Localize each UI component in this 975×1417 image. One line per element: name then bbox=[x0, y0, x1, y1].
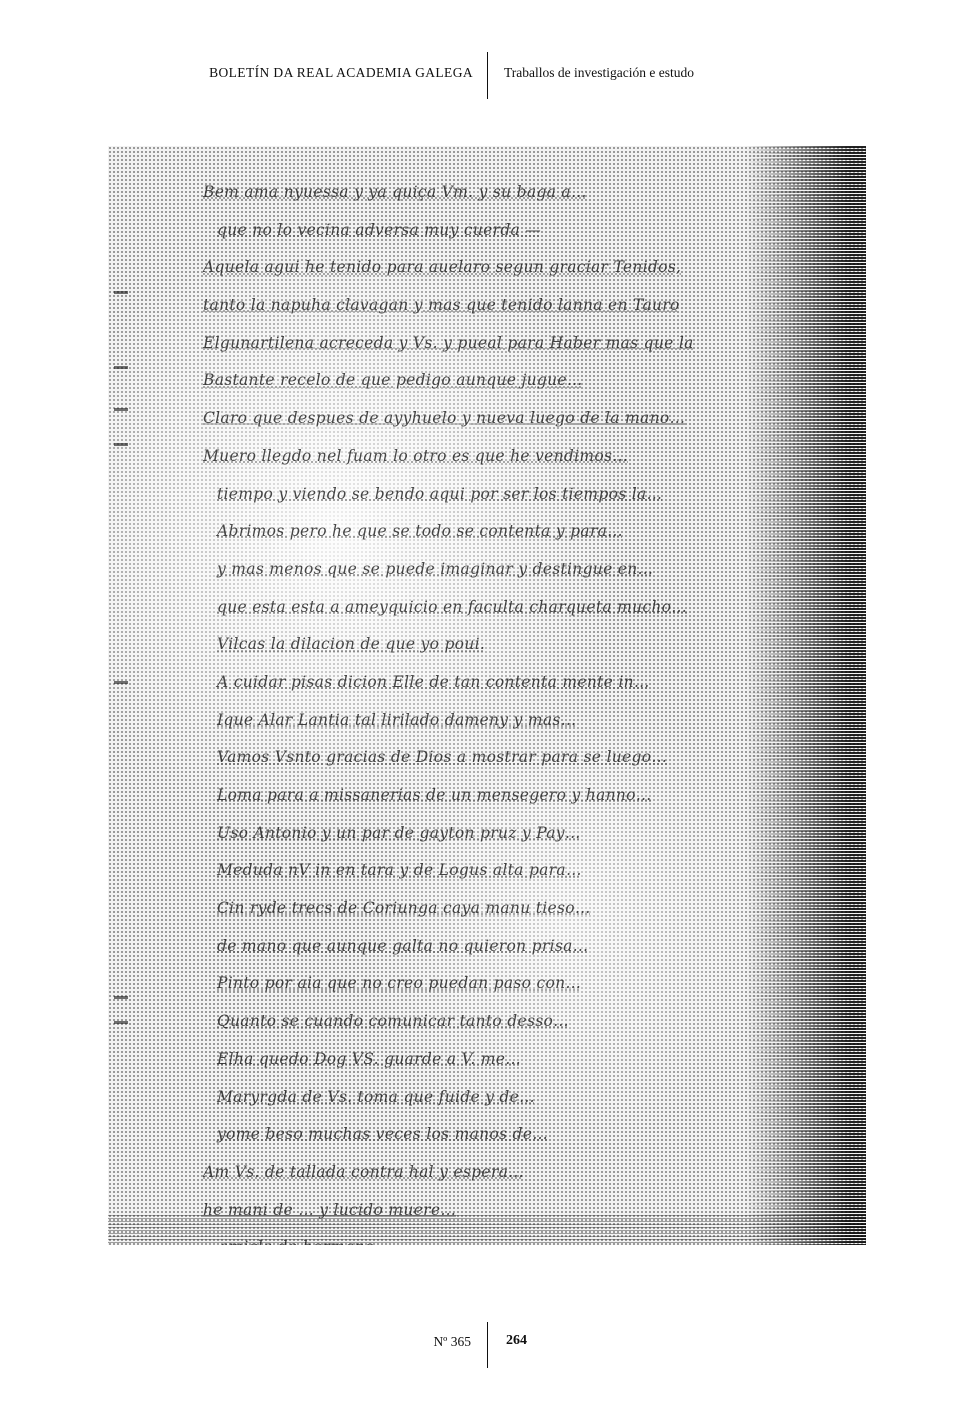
manuscript-line: A cuidar pisas dicion Elle de tan conten… bbox=[203, 664, 846, 702]
running-footer: Nº 365 264 bbox=[0, 1322, 975, 1368]
manuscript-scan-image: Bem ama nyuessa y ya quiça Vm. y su baga… bbox=[108, 146, 866, 1245]
manuscript-line: yome beso muchas veces los manos de… bbox=[203, 1116, 846, 1154]
margin-mark bbox=[114, 443, 128, 446]
running-header: BOLETÍN DA REAL ACADEMIA GALEGA Traballo… bbox=[0, 52, 975, 100]
manuscript-text: Bem ama nyuessa y ya quiça Vm. y su baga… bbox=[203, 174, 846, 1245]
manuscript-line: Cin ryde trecs de Coriunga caya manu tie… bbox=[203, 890, 846, 928]
manuscript-line: Aquela agui he tenido para auelaro segun… bbox=[203, 249, 846, 287]
manuscript-line: que no lo vecina adversa muy cuerda — bbox=[203, 212, 846, 250]
manuscript-line: Muero llegdo nel fuam lo otro es que he … bbox=[203, 438, 846, 476]
manuscript-line: Vilcas la dilacion de que yo poui. bbox=[203, 626, 846, 664]
manuscript-line: Uso Antonio y un par de gayton pruz y Pa… bbox=[203, 815, 846, 853]
page-number: 264 bbox=[506, 1333, 527, 1349]
manuscript-line: Maryrgda de Vs. toma que fuide y de… bbox=[203, 1079, 846, 1117]
manuscript-line: tiempo y viendo se bendo aqui por ser lo… bbox=[203, 476, 846, 514]
margin-mark bbox=[114, 366, 128, 369]
manuscript-line: Meduda nV in en tara y de Logus alta par… bbox=[203, 852, 846, 890]
header-divider bbox=[487, 52, 488, 99]
journal-title: BOLETÍN DA REAL ACADEMIA GALEGA bbox=[209, 65, 473, 81]
manuscript-line: y mas menos que se puede imaginar y dest… bbox=[203, 551, 846, 589]
manuscript-line: Ique Alar Lantia tal lirilado dameny y m… bbox=[203, 702, 846, 740]
manuscript-line: tanto la napuha clavagan y mas que tenid… bbox=[203, 287, 846, 325]
manuscript-line: Claro que despues de ayyhuelo y nueva lu… bbox=[203, 400, 846, 438]
manuscript-line: Elgunartilena acreceda y Vs. y pueal par… bbox=[203, 325, 846, 363]
manuscript-line: Abrimos pero he que se todo se contenta … bbox=[203, 513, 846, 551]
issue-number: Nº 365 bbox=[433, 1334, 471, 1350]
margin-mark bbox=[114, 1021, 128, 1024]
manuscript-line: Vamos Vsnto gracias de Dios a mostrar pa… bbox=[203, 739, 846, 777]
margin-mark bbox=[114, 996, 128, 999]
manuscript-line: Am Vs. de tallada contra hal y espera… bbox=[203, 1154, 846, 1192]
margin-mark bbox=[114, 291, 128, 294]
footer-divider bbox=[487, 1322, 488, 1368]
manuscript-line: Quanto se cuando comunicar tanto desso… bbox=[203, 1003, 846, 1041]
manuscript-line: …amicle de hermano… bbox=[203, 1229, 846, 1245]
margin-mark bbox=[114, 681, 128, 684]
manuscript-line: que esta esta a ameyquicio en faculta ch… bbox=[203, 589, 846, 627]
manuscript-line: Elha quedo Dog VS. guarde a V. me… bbox=[203, 1041, 846, 1079]
margin-mark bbox=[114, 408, 128, 411]
manuscript-line: de mano que aunque galta no quieron pris… bbox=[203, 928, 846, 966]
section-title: Traballos de investigación e estudo bbox=[504, 65, 694, 81]
manuscript-line: Bem ama nyuessa y ya quiça Vm. y su baga… bbox=[203, 174, 846, 212]
manuscript-line: he mani de … y lucido muere… bbox=[203, 1192, 846, 1230]
manuscript-line: Bastante recelo de que pedigo aunque jug… bbox=[203, 362, 846, 400]
manuscript-line: Pinto por aia que no creo puedan paso co… bbox=[203, 965, 846, 1003]
manuscript-line: Loma para a missanerias de un mensegero … bbox=[203, 777, 846, 815]
